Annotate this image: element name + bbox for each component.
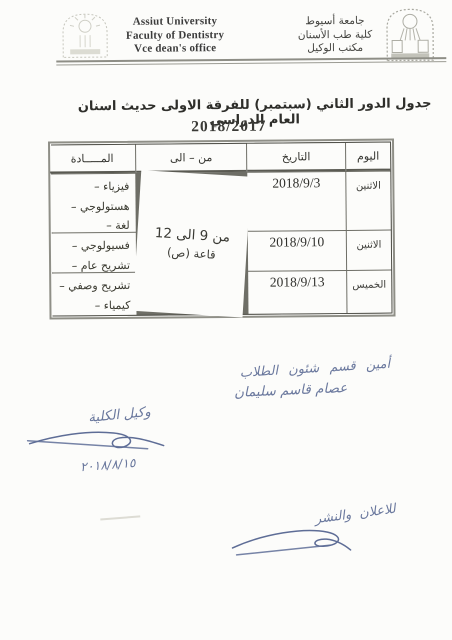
header-arabic: جامعة أسيوط كلية طب الأسنان مكتب الوكيل <box>289 15 381 56</box>
faculty-name-en: Faculty of Dentistry <box>114 28 236 43</box>
university-name-en: Assiut University <box>114 15 236 30</box>
handwritten-vice-dean-title: وكيل الكلية <box>79 403 160 427</box>
faculty-seal-icon <box>60 11 110 59</box>
subject-item: – لغة ومصطلحات <box>50 216 130 233</box>
document-content: Assiut University Faculty of Dentistry V… <box>0 0 452 640</box>
scan-smudge <box>100 515 140 520</box>
day-cell: الاثنين <box>346 172 391 230</box>
time-slot-hall: قاعة (ص) <box>167 245 216 262</box>
handwritten-student-affairs-title: أمين قسم شئون الطلاب <box>213 355 418 382</box>
time-slot-hours: من 9 الى 12 <box>154 225 230 246</box>
university-name-ar: جامعة أسيوط <box>289 15 381 29</box>
date-cell: 2018/9/13 <box>248 271 346 314</box>
subject-item: – تشريح وصفي <box>50 276 130 296</box>
subject-cell: – فسيولوجي – تشريح عام <box>50 233 136 273</box>
subject-item: – كيمياء <box>50 295 130 315</box>
date-cell: 2018/9/10 <box>248 231 346 271</box>
column-header-date: التاريخ <box>247 143 345 172</box>
announcement-signature-icon <box>228 523 354 562</box>
subject-cell: – فيزياء – هستولوجي – لغة ومصطلحات <box>49 174 136 233</box>
column-header-from-to: من – الى <box>136 144 246 173</box>
subject-item: – فسيولوجي <box>50 236 130 256</box>
column-header-day: اليوم <box>346 143 390 171</box>
office-name-ar: مكتب الوكيل <box>289 42 381 56</box>
schedule-table: اليوم التاريخ من – الى المـــــادة الاثن… <box>51 142 392 317</box>
day-cell: الاثنين <box>347 231 391 270</box>
subject-item: – تشريح عام <box>50 255 130 272</box>
office-name-en: Vce dean's office <box>114 42 236 57</box>
scanned-document-page: Assiut University Faculty of Dentistry V… <box>0 0 452 640</box>
day-cell: الخميس <box>347 271 391 313</box>
column-header-subject: المـــــادة <box>49 145 135 174</box>
university-seal-icon <box>384 6 436 62</box>
faculty-name-ar: كلية طب الأسنان <box>289 28 381 42</box>
time-slot-cell: من 9 الى 12 قاعة (ص) <box>133 170 251 317</box>
subject-item: – فيزياء <box>49 177 129 197</box>
header-english: Assiut University Faculty of Dentistry V… <box>114 15 236 57</box>
subject-cell: – تشريح وصفي – كيمياء <box>50 273 136 316</box>
academic-year: 2018/2017 <box>3 116 452 138</box>
subject-item: – هستولوجي <box>49 196 129 216</box>
date-cell: 2018/9/3 <box>247 172 346 231</box>
handwritten-student-affairs-name: عصام قاسم سليمان <box>223 380 359 402</box>
